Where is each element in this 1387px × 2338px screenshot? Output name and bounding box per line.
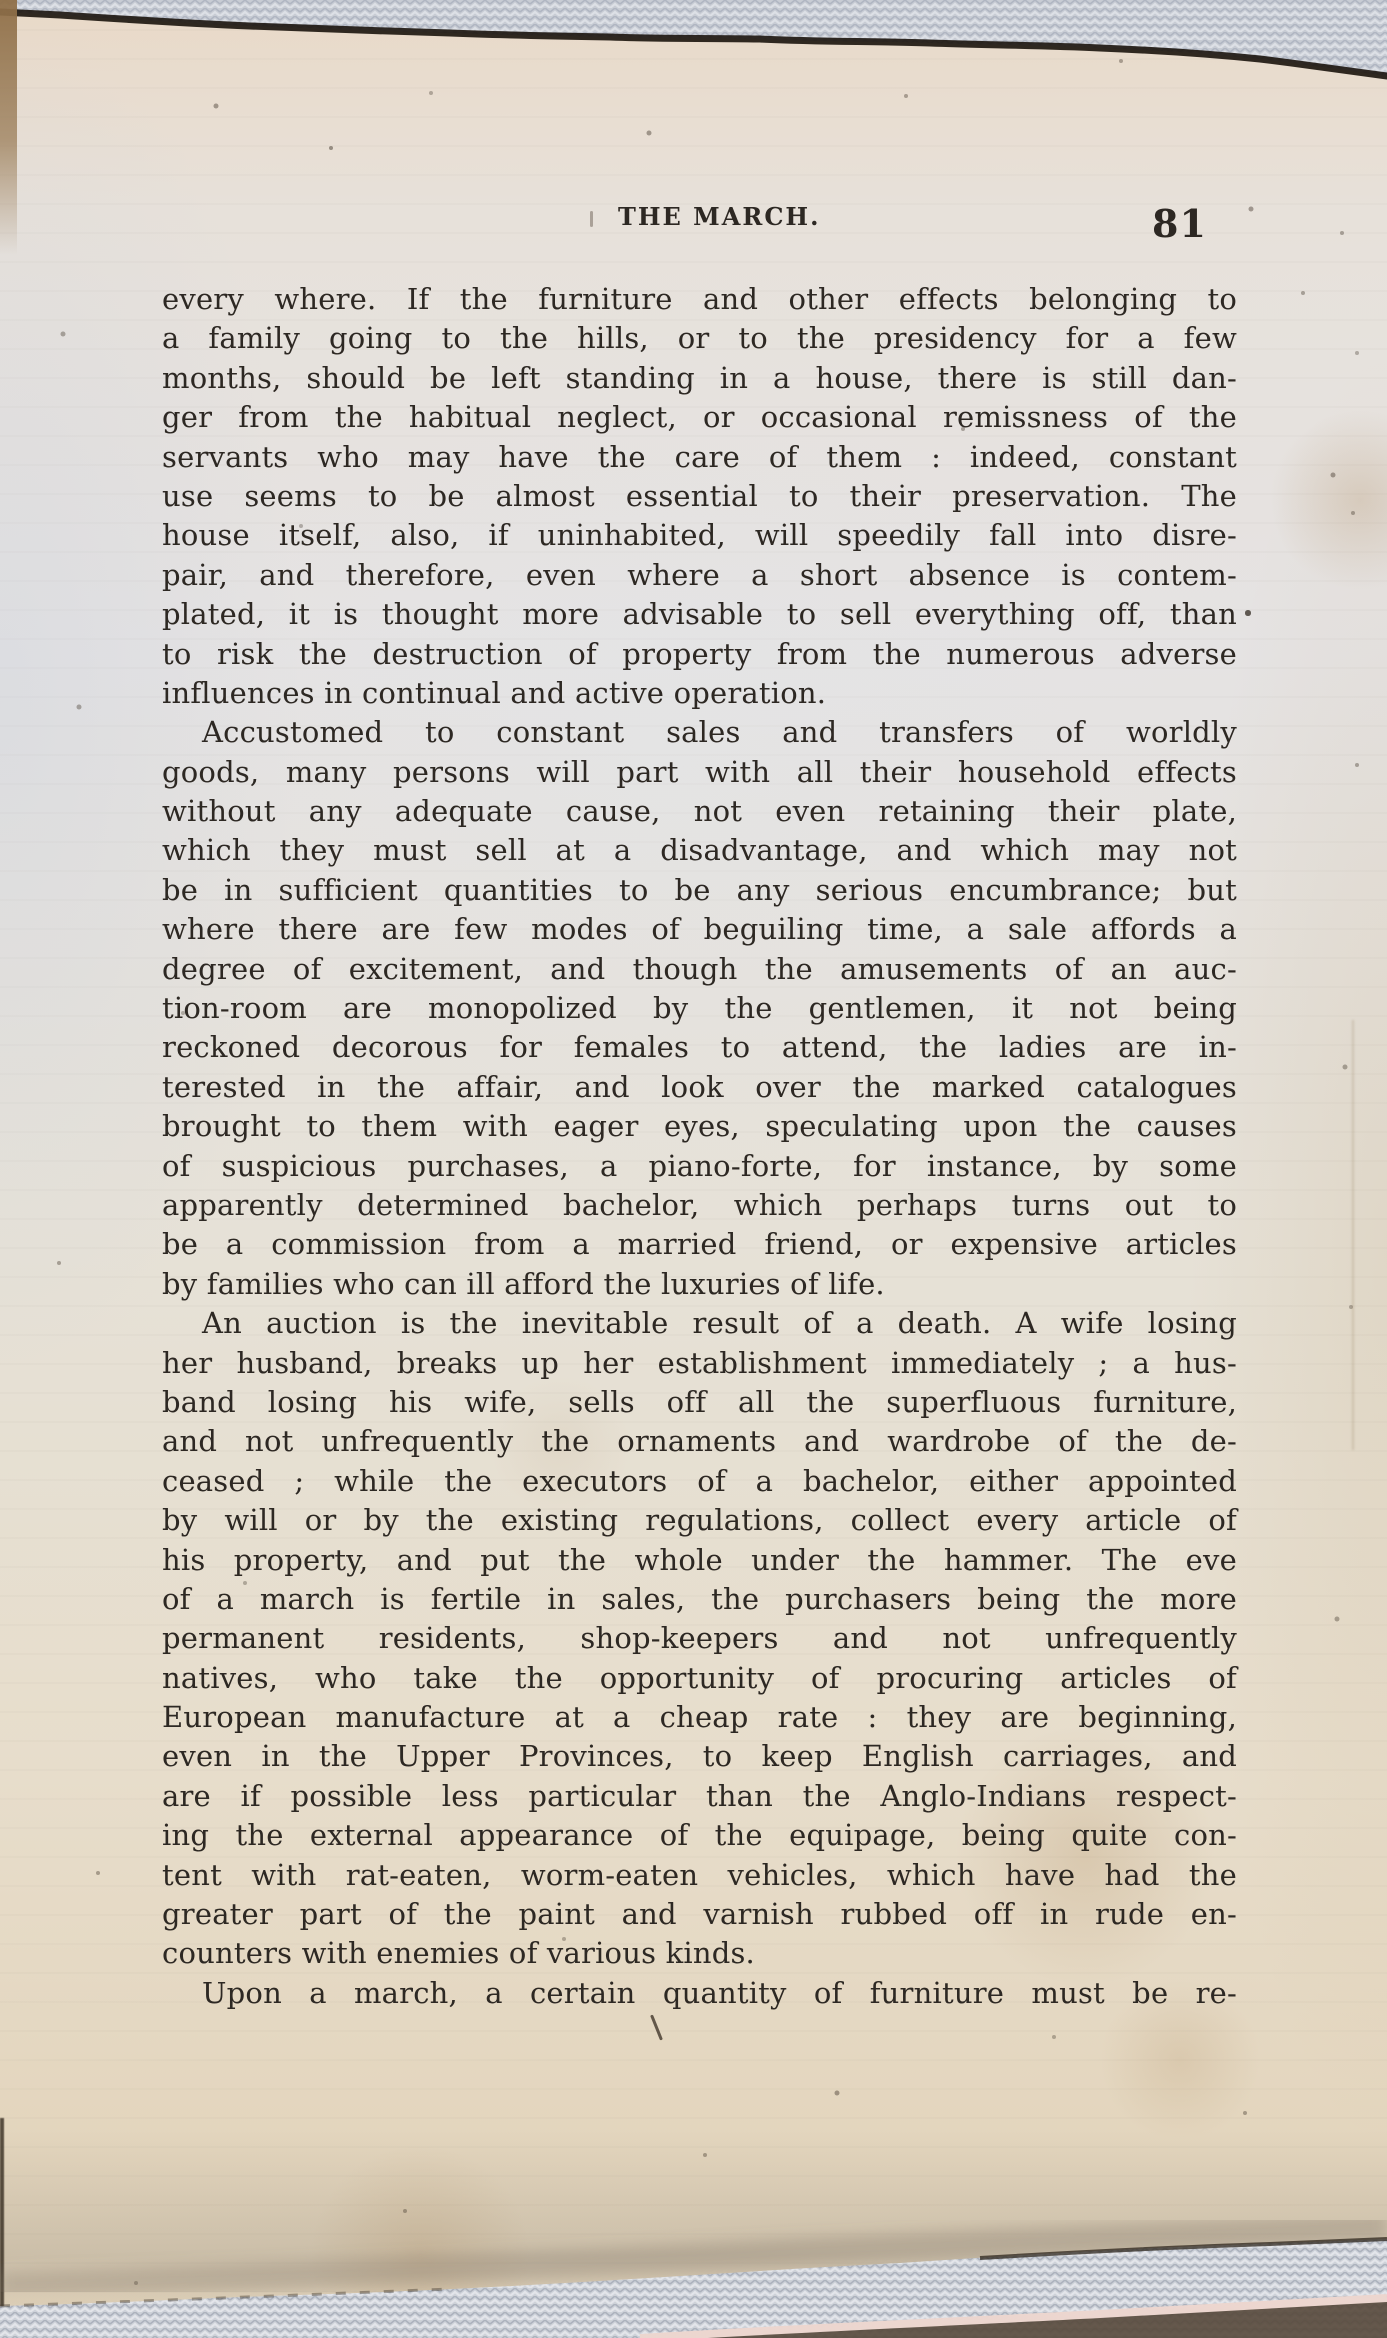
text-line: her husband, breaks up her establishment… (162, 1344, 1237, 1383)
paragraph: Upon a march, a certain quantity of furn… (162, 1974, 1237, 2013)
text-line: of a march is fertile in sales, the purc… (162, 1580, 1237, 1619)
text-line: which they must sell at a disadvantage, … (162, 831, 1237, 870)
text-line: tion-room are monopolized by the gentlem… (162, 989, 1237, 1028)
text-line: pair, and therefore, even where a short … (162, 556, 1237, 595)
header-tick-mark (590, 211, 593, 227)
text-line: without any adequate cause, not even ret… (162, 792, 1237, 831)
text-line: Accustomed to constant sales and transfe… (162, 713, 1237, 752)
text-line: band losing his wife, sells off all the … (162, 1383, 1237, 1422)
paragraph: every where. If the furniture and other … (162, 280, 1237, 713)
text-line: permanent residents, shop-keepers and no… (162, 1619, 1237, 1658)
text-line: months, should be left standing in a hou… (162, 359, 1237, 398)
text-line: terested in the affair, and look over th… (162, 1068, 1237, 1107)
text-line: house itself, also, if uninhabited, will… (162, 516, 1237, 555)
text-line: An auction is the inevitable result of a… (162, 1304, 1237, 1343)
text-line: Upon a march, a certain quantity of furn… (162, 1974, 1237, 2013)
text-line: be a commission from a married friend, o… (162, 1225, 1237, 1264)
text-line: a family going to the hills, or to the p… (162, 319, 1237, 358)
text-line: influences in continual and active opera… (162, 674, 1237, 713)
text-line: to risk the destruction of property from… (162, 635, 1237, 674)
text-line: servants who may have the care of them :… (162, 438, 1237, 477)
paragraph: Accustomed to constant sales and transfe… (162, 713, 1237, 1304)
text-line: are if possible less particular than the… (162, 1777, 1237, 1816)
text-line: European manufacture at a cheap rate : t… (162, 1698, 1237, 1737)
text-line: where there are few modes of beguiling t… (162, 910, 1237, 949)
scanned-book-page: THE MARCH. 81 every where. If the furnit… (0, 0, 1387, 2338)
text-line: degree of excitement, and though the amu… (162, 950, 1237, 989)
text-line: of suspicious purchases, a piano-forte, … (162, 1147, 1237, 1186)
cloth-binding-top (0, 0, 1387, 100)
text-line: tent with rat-eaten, worm-eaten vehicles… (162, 1856, 1237, 1895)
text-line: ger from the habitual neglect, or occasi… (162, 398, 1237, 437)
text-line: be in sufficient quantities to be any se… (162, 871, 1237, 910)
page-body: every where. If the furniture and other … (162, 280, 1237, 2013)
paper-specks (0, 0, 2, 2)
ink-slash-mark (650, 2014, 663, 2040)
running-title: THE MARCH. (618, 202, 820, 231)
paper-crease (1352, 1020, 1354, 1450)
text-line: counters with enemies of various kinds. (162, 1934, 1237, 1973)
text-line: goods, many persons will part with all t… (162, 753, 1237, 792)
text-line: apparently determined bachelor, which pe… (162, 1186, 1237, 1225)
text-line: ing the external appearance of the equip… (162, 1816, 1237, 1855)
text-line: by families who can ill afford the luxur… (162, 1265, 1237, 1304)
book-edge-strip-top-left (0, 0, 17, 255)
page-number: 81 (1152, 201, 1207, 246)
paragraph: An auction is the inevitable result of a… (162, 1304, 1237, 1974)
text-line: plated, it is thought more advisable to … (162, 595, 1237, 634)
text-line: ceased ; while the executors of a bachel… (162, 1462, 1237, 1501)
text-line: and not unfrequently the ornaments and w… (162, 1422, 1237, 1461)
text-line: greater part of the paint and varnish ru… (162, 1895, 1237, 1934)
text-line: brought to them with eager eyes, specula… (162, 1107, 1237, 1146)
text-line: every where. If the furniture and other … (162, 280, 1237, 319)
cloth-binding-bottom (0, 2208, 1387, 2338)
text-line: by will or by the existing regulations, … (162, 1501, 1237, 1540)
text-line: natives, who take the opportunity of pro… (162, 1659, 1237, 1698)
text-line: even in the Upper Provinces, to keep Eng… (162, 1737, 1237, 1776)
text-line: his property, and put the whole under th… (162, 1541, 1237, 1580)
text-line: use seems to be almost essential to thei… (162, 477, 1237, 516)
text-line: reckoned decorous for females to attend,… (162, 1028, 1237, 1067)
